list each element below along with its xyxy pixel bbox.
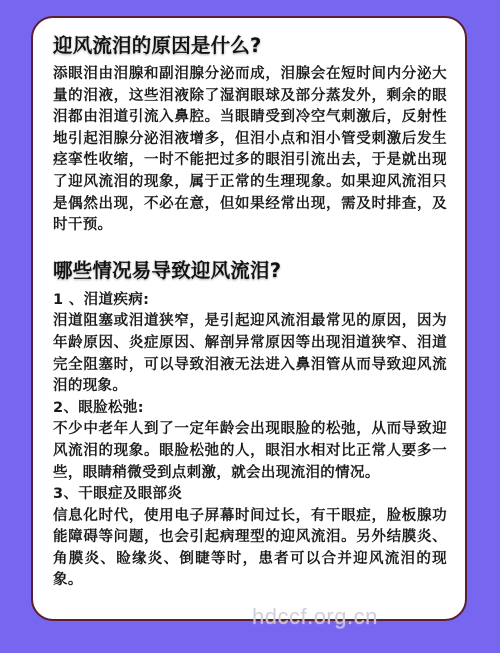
section-title-conditions: 哪些情况易导致迎风流泪? <box>53 257 447 285</box>
watermark: hdccf.org.cn <box>252 604 378 630</box>
causes-paragraph: 添眼泪由泪腺和副泪腺分泌而成，泪腺会在短时间内分泌大量的泪液，这些泪液除了湿润眼… <box>53 64 447 237</box>
condition-item-dry-eye: 3、干眼症及眼部炎 信息化时代，使用电子屏幕时间过长，有干眼症，脸板腺功能障碍等… <box>53 484 447 592</box>
condition-heading: 2、眼脸松弛: <box>53 398 447 420</box>
condition-item-eyelid: 2、眼脸松弛: 不少中老年人到了一定年龄会出现眼脸的松弛，从而导致迎风流泪的现象… <box>53 398 447 484</box>
condition-heading: 1 、泪道疾病: <box>53 290 447 312</box>
condition-item-lacrimal: 1 、泪道疾病: 泪道阻塞或泪道狭窄，是引起迎风流泪最常见的原因，因为年龄原因、… <box>53 290 447 398</box>
condition-text: 不少中老年人到了一定年龄会出现眼脸的松弛，从而导致迎风流泪的现象。眼脸松弛的人，… <box>53 419 447 484</box>
condition-heading: 3、干眼症及眼部炎 <box>53 484 447 506</box>
condition-text: 泪道阻塞或泪道狭窄，是引起迎风流泪最常见的原因，因为年龄原因、炎症原因、解剖异常… <box>53 311 447 397</box>
section-title-causes: 迎风流泪的原因是什么? <box>53 32 447 60</box>
condition-text: 信息化时代，使用电子屏幕时间过长，有干眼症，脸板腺功能障碍等问题，也会引起病理型… <box>53 506 447 592</box>
article-card: 迎风流泪的原因是什么? 添眼泪由泪腺和副泪腺分泌而成，泪腺会在短时间内分泌大量的… <box>31 16 467 621</box>
